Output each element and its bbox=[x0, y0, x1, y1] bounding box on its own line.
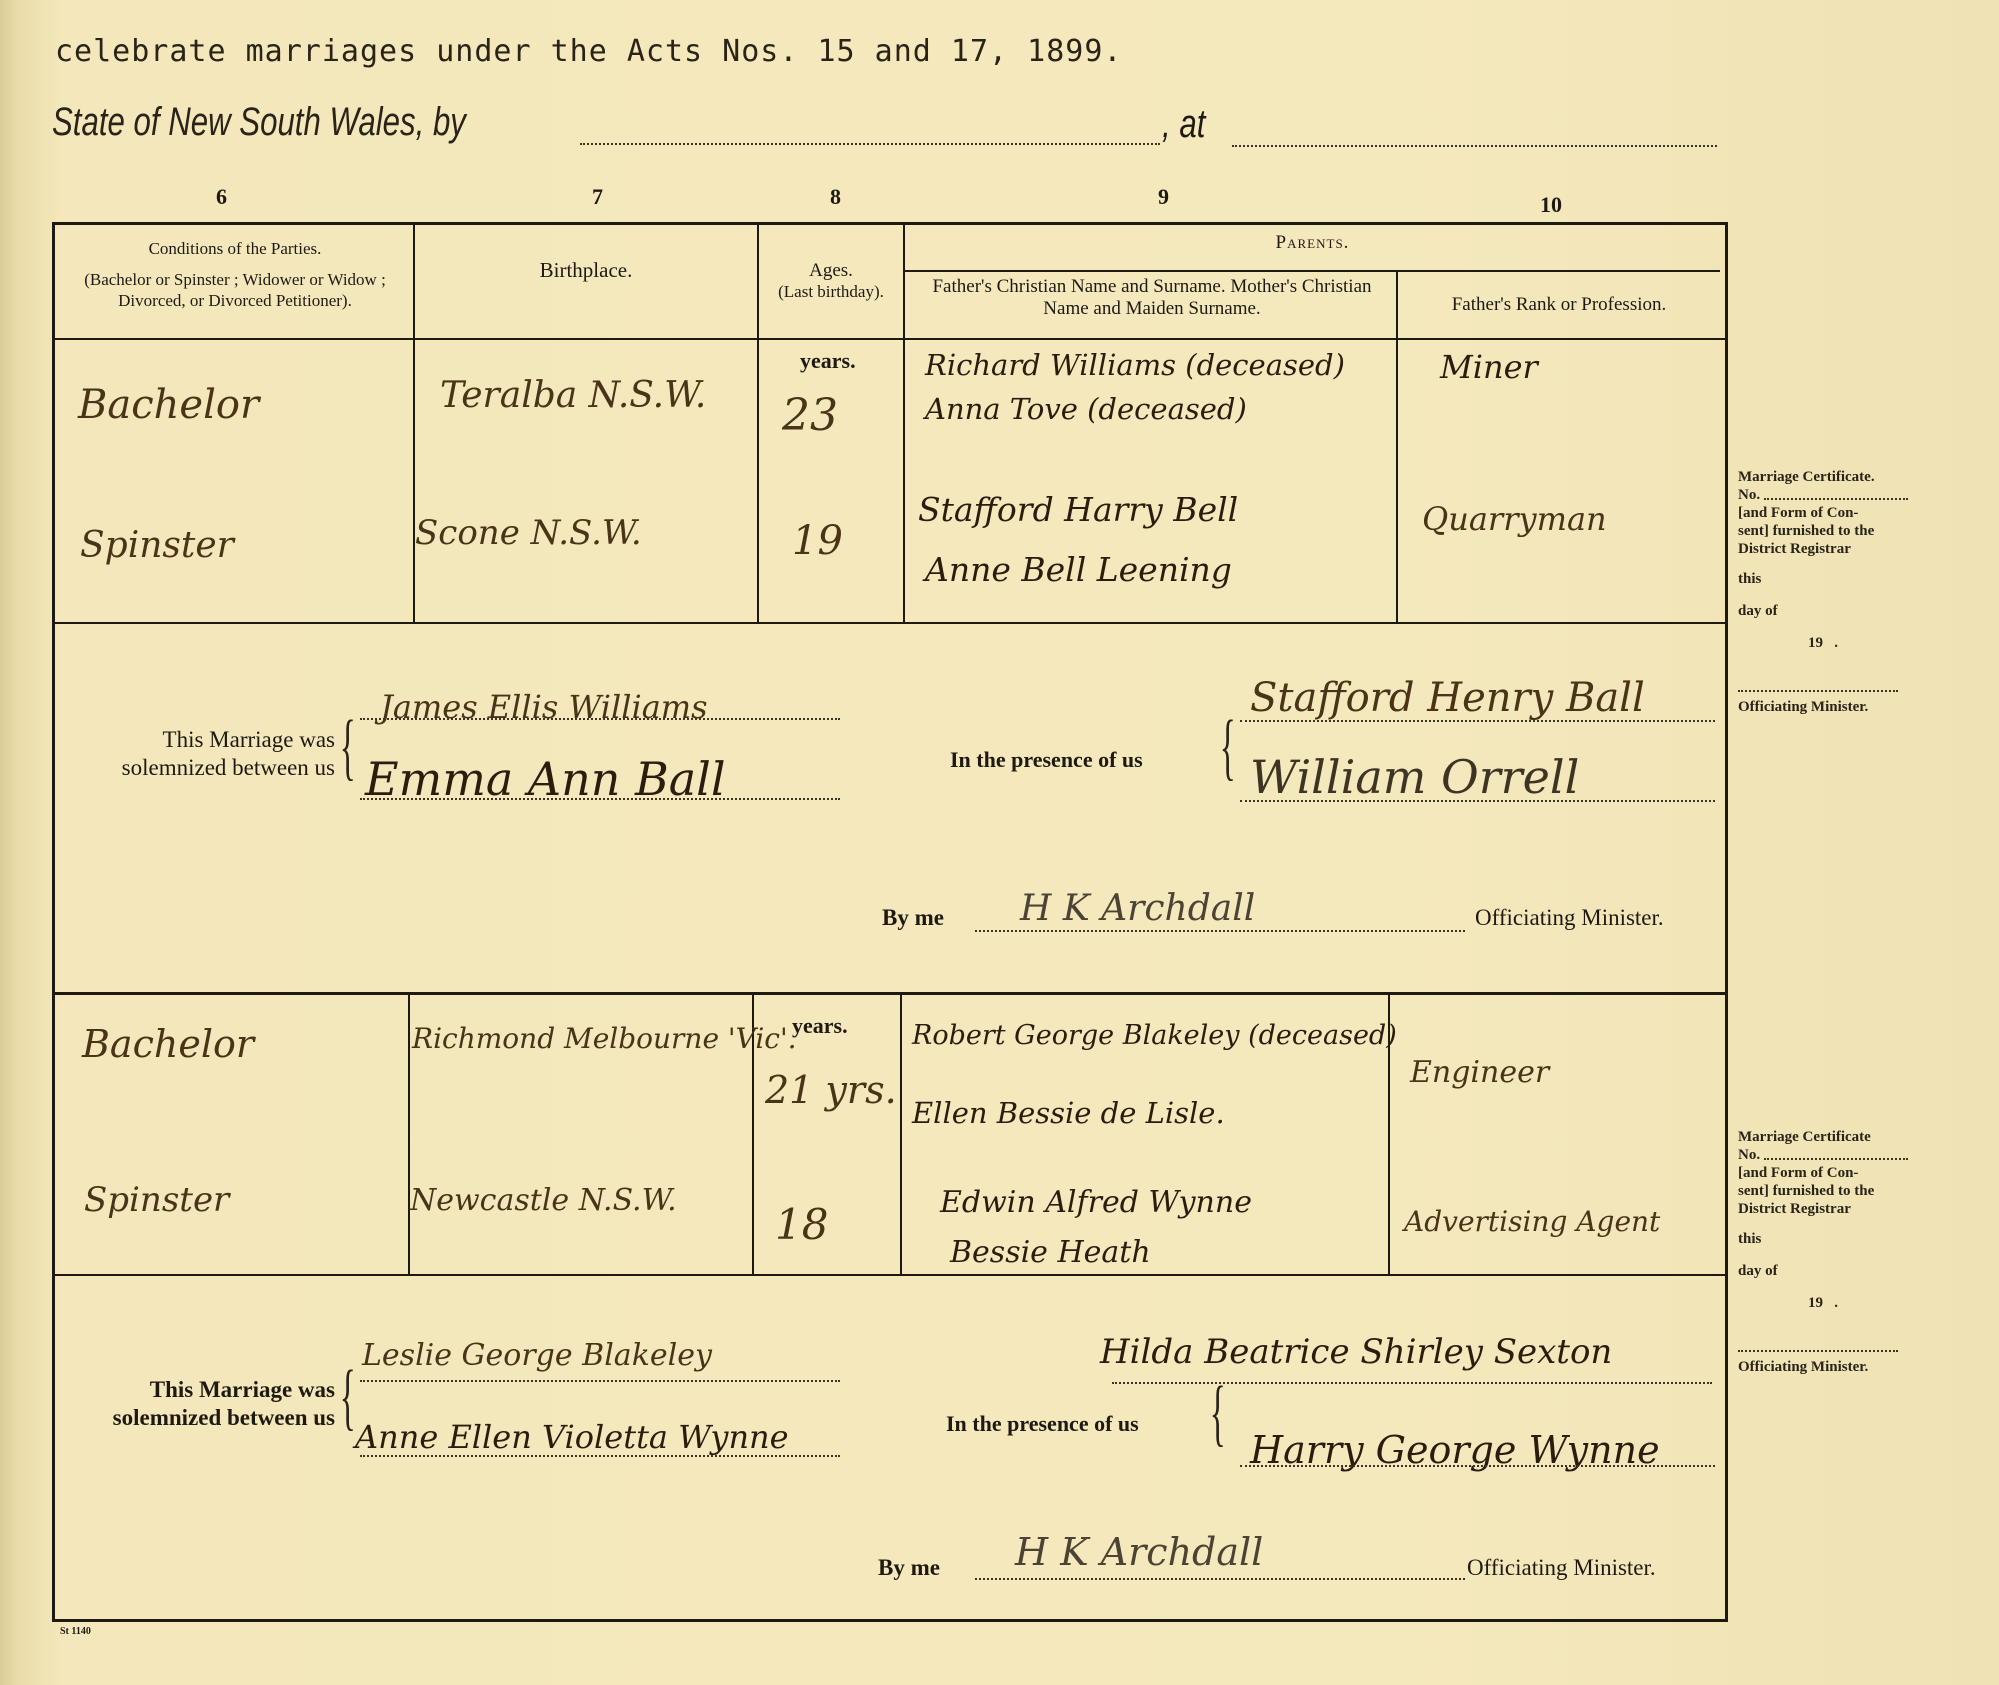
side2-line4: sent] furnished to the bbox=[1738, 1182, 1908, 1200]
side2-line5: District Registrar bbox=[1738, 1200, 1908, 1218]
entry1-brace-left: { bbox=[340, 710, 356, 784]
side1-line4: sent] furnished to the bbox=[1738, 522, 1908, 540]
conditions-subtitle: (Bachelor or Spinster ; Widower or Widow… bbox=[60, 269, 410, 311]
entry1-presence-label: In the presence of us bbox=[950, 746, 1143, 774]
entry2-bride-mother: Bessie Heath bbox=[950, 1235, 1151, 1270]
side2-year: 19 . bbox=[1738, 1294, 1908, 1312]
parents-header: Parents. bbox=[905, 232, 1720, 253]
at-blank bbox=[1232, 145, 1717, 147]
side1-line2: No. bbox=[1738, 486, 1760, 504]
entry2-bride-birthplace: Newcastle N.S.W. bbox=[410, 1183, 677, 1218]
entry2-groom-father: Robert George Blakeley (deceased) bbox=[912, 1020, 1397, 1051]
entry2-groom-signature: Leslie George Blakeley bbox=[362, 1338, 712, 1373]
side2-no-blank bbox=[1764, 1146, 1908, 1160]
side2-minister: Officiating Minister. bbox=[1738, 1358, 1908, 1376]
entry2-witness1-line bbox=[1112, 1382, 1712, 1384]
entry1-years-label: years. bbox=[800, 348, 856, 374]
entry2-brace-left: { bbox=[340, 1360, 356, 1434]
entry1-witness1-line bbox=[1240, 720, 1715, 722]
entry1-witness-2: William Orrell bbox=[1250, 750, 1579, 804]
entry1-bride-age: 19 bbox=[792, 518, 843, 564]
entry1-officiating-label: Officiating Minister. bbox=[1475, 905, 1664, 931]
birthplace-header: Birthplace. bbox=[416, 260, 756, 281]
entry1-bride-father-profession: Quarryman bbox=[1422, 500, 1607, 538]
entry2-years-label: years. bbox=[792, 1013, 848, 1039]
side1-minister-line bbox=[1738, 690, 1898, 692]
side2-line2: No. bbox=[1738, 1146, 1760, 1164]
side2-day-of: day of bbox=[1738, 1262, 1908, 1280]
side2-this: this bbox=[1738, 1230, 1908, 1248]
side1-line3: [and Form of Con- bbox=[1738, 504, 1908, 522]
col-divider-4 bbox=[1396, 272, 1398, 622]
entry1-groom-sign-line bbox=[360, 718, 840, 720]
col-divider-2 bbox=[757, 222, 759, 622]
side1-this: this bbox=[1738, 570, 1908, 588]
entry2-solemnized-line1: This Marriage was bbox=[60, 1376, 335, 1404]
entry2-bride-father: Edwin Alfred Wynne bbox=[940, 1185, 1252, 1220]
side1-minister: Officiating Minister. bbox=[1738, 698, 1908, 716]
entry1-groom-father-profession: Miner bbox=[1440, 348, 1538, 386]
e2-col-divider-3 bbox=[900, 994, 902, 1274]
register-page: celebrate marriages under the Acts Nos. … bbox=[0, 0, 1999, 1685]
entry2-groom-birthplace: Richmond Melbourne 'Vic'. bbox=[412, 1022, 797, 1055]
father-profession-header: Father's Rank or Profession. bbox=[1398, 294, 1720, 315]
col-number-7: 7 bbox=[592, 184, 603, 210]
entry2-minister-line bbox=[975, 1578, 1465, 1580]
entry2-minister-signature: H K Archdall bbox=[1015, 1530, 1263, 1574]
entry2-bride-signature: Anne Ellen Violetta Wynne bbox=[355, 1418, 789, 1456]
ages-title: Ages. bbox=[760, 260, 902, 281]
entry1-solemnized-label: This Marriage was solemnized between us bbox=[60, 726, 335, 782]
entry1-side-note: Marriage Certificate. No. [and Form of C… bbox=[1738, 468, 1908, 716]
col-number-9: 9 bbox=[1158, 184, 1169, 210]
entry1-bride-condition: Spinster bbox=[80, 525, 234, 566]
entry1-bride-father: Stafford Harry Bell bbox=[918, 490, 1238, 529]
entry1-bride-sign-line bbox=[360, 798, 840, 800]
parent-names-header: Father's Christian Name and Surname. Mot… bbox=[910, 276, 1394, 320]
entry2-bride-father-profession: Advertising Agent bbox=[1404, 1205, 1660, 1238]
entry2-side-note: Marriage Certificate No. [and Form of Co… bbox=[1738, 1128, 1908, 1376]
parents-divider bbox=[905, 270, 1720, 272]
acts-heading: celebrate marriages under the Acts Nos. … bbox=[55, 34, 1122, 69]
side1-line5: District Registrar bbox=[1738, 540, 1908, 558]
col-number-6: 6 bbox=[216, 184, 227, 210]
side2-minister-line bbox=[1738, 1350, 1898, 1352]
col-number-8: 8 bbox=[830, 184, 841, 210]
side1-no-blank bbox=[1764, 486, 1908, 500]
side2-line1: Marriage Certificate bbox=[1738, 1128, 1908, 1146]
side1-year: 19 . bbox=[1738, 634, 1908, 652]
header-bottom-line bbox=[52, 338, 1728, 340]
entry2-bride-age: 18 bbox=[775, 1200, 828, 1249]
entry2-solemnized-line2: solemnized between us bbox=[60, 1404, 335, 1432]
entry1-details-bottom bbox=[52, 622, 1728, 624]
entry2-witness-1: Hilda Beatrice Shirley Sexton bbox=[1100, 1332, 1612, 1372]
side1-line1: Marriage Certificate. bbox=[1738, 468, 1908, 486]
form-code: St 1140 bbox=[60, 1626, 91, 1637]
entry2-presence-label: In the presence of us bbox=[946, 1410, 1139, 1438]
e2-col-divider-1 bbox=[408, 994, 410, 1274]
entry1-bride-mother: Anne Bell Leening bbox=[925, 550, 1232, 589]
entry1-bride-birthplace: Scone N.S.W. bbox=[415, 513, 642, 553]
entry2-details-bottom bbox=[52, 1274, 1728, 1276]
entry2-groom-father-profession: Engineer bbox=[1410, 1055, 1549, 1090]
side2-line3: [and Form of Con- bbox=[1738, 1164, 1908, 1182]
entry1-solemnized-line1: This Marriage was bbox=[60, 726, 335, 754]
ages-header: Ages. (Last birthday). bbox=[760, 260, 902, 302]
entry1-solemnized-line2: solemnized between us bbox=[60, 754, 335, 782]
entry2-solemnized-label: This Marriage was solemnized between us bbox=[60, 1376, 335, 1432]
col-divider-3 bbox=[903, 222, 905, 622]
entry1-by-me-label: By me bbox=[882, 905, 944, 931]
entry1-groom-age: 23 bbox=[782, 390, 838, 441]
entry-separator bbox=[52, 992, 1728, 995]
entry2-witness2-line bbox=[1240, 1465, 1715, 1467]
side1-day-of: day of bbox=[1738, 602, 1908, 620]
entry1-minister-signature: H K Archdall bbox=[1020, 888, 1255, 929]
entry1-minister-line bbox=[975, 930, 1465, 932]
state-prefix: State of New South Wales, by bbox=[52, 100, 466, 144]
entry1-groom-signature: James Ellis Williams bbox=[380, 688, 708, 726]
state-line: State of New South Wales, by bbox=[52, 100, 466, 145]
conditions-title: Conditions of the Parties. bbox=[60, 238, 410, 259]
by-blank bbox=[580, 143, 1160, 145]
entry2-groom-sign-line bbox=[360, 1380, 840, 1382]
entry2-groom-mother: Ellen Bessie de Lisle. bbox=[912, 1096, 1225, 1130]
entry2-bride-condition: Spinster bbox=[84, 1180, 229, 1220]
at-label: , at bbox=[1162, 102, 1205, 147]
entry2-officiating-label: Officiating Minister. bbox=[1467, 1555, 1656, 1581]
entry1-groom-birthplace: Teralba N.S.W. bbox=[440, 375, 706, 416]
entry2-groom-condition: Bachelor bbox=[82, 1022, 254, 1066]
col-number-10: 10 bbox=[1540, 192, 1562, 218]
entry1-witness-1: Stafford Henry Ball bbox=[1250, 675, 1645, 721]
ages-subtitle: (Last birthday). bbox=[760, 281, 902, 302]
entry1-groom-condition: Bachelor bbox=[78, 382, 259, 428]
conditions-header: Conditions of the Parties. (Bachelor or … bbox=[60, 238, 410, 311]
entry2-by-me-label: By me bbox=[878, 1555, 940, 1581]
entry1-brace-right: { bbox=[1220, 710, 1236, 784]
entry1-groom-mother: Anna Tove (deceased) bbox=[925, 392, 1247, 426]
col-divider-1 bbox=[413, 222, 415, 622]
entry2-bride-sign-line bbox=[360, 1455, 840, 1457]
entry1-witness2-line bbox=[1240, 800, 1715, 802]
entry2-groom-age: 21 yrs. bbox=[765, 1068, 897, 1112]
entry2-brace-right: { bbox=[1210, 1376, 1226, 1450]
entry1-groom-father: Richard Williams (deceased) bbox=[925, 348, 1345, 382]
